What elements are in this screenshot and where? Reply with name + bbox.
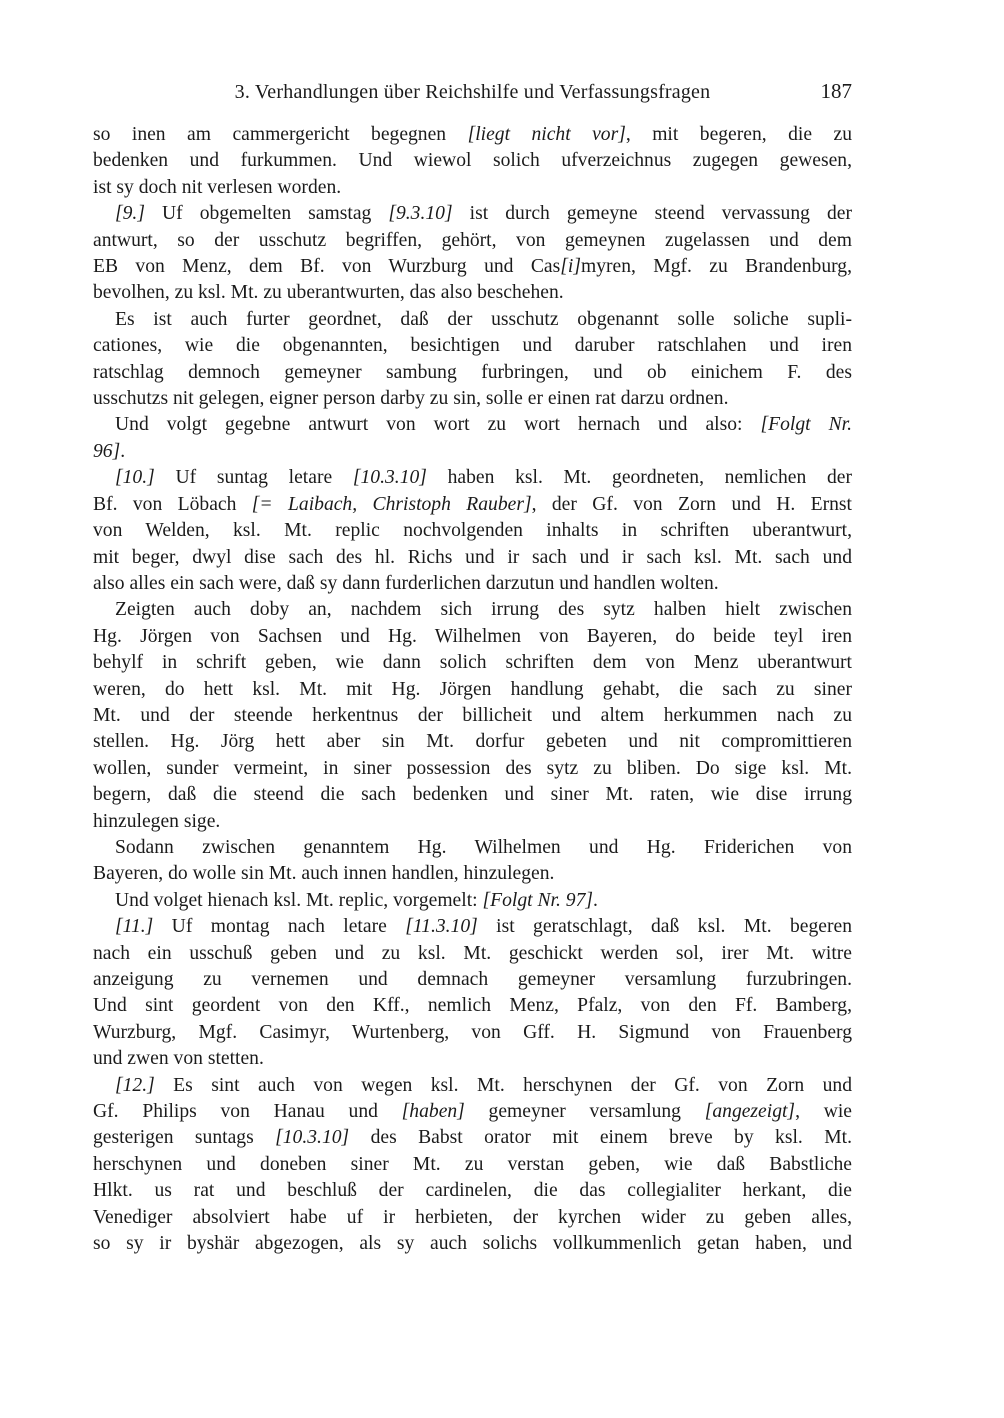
text-line: Mt. und der steende herkentnus der billi… (93, 703, 852, 729)
editorial-insertion: [12.] (115, 1075, 155, 1096)
text-run: haben ksl. Mt. geordneten, nemlichen der (427, 467, 852, 488)
editorial-insertion: [Folgt Nr. (760, 414, 852, 435)
text-line: begern, daß die steend die sach bedenken… (93, 782, 852, 808)
text-line: Sodann zwischen genanntem Hg. Wilhelmen … (93, 835, 852, 861)
editorial-insertion: 96] (93, 441, 120, 462)
text-run: Uf obgemelten samstag (145, 203, 388, 224)
text-line: mit beger, dwyl dise sach des hl. Richs … (93, 545, 852, 571)
text-run: gesterigen suntags (93, 1127, 275, 1148)
text-run: behylf in schrift geben, wie dann solich… (93, 652, 852, 673)
text-line: Hg. Jörgen von Sachsen und Hg. Wilhelmen… (93, 624, 852, 650)
editorial-insertion: [11.3.10] (405, 916, 478, 937)
text-line: ratschlag demnoch gemeyner sambung furbr… (93, 360, 852, 386)
text-line: bedenken und furkummen. Und wiewol solic… (93, 148, 852, 174)
editorial-insertion: [10.] (115, 467, 155, 488)
text-line: herschynen und doneben siner Mt. zu vers… (93, 1152, 852, 1178)
text-run: ist sy doch nit verlesen worden. (93, 177, 341, 198)
text-run: ist durch gemeyne steend vervassung der (453, 203, 852, 224)
text-line: hinzulegen sige. (93, 809, 852, 835)
text-run: Mt. und der steende herkentnus der billi… (93, 705, 852, 726)
editorial-insertion: [10.3.10] (275, 1127, 349, 1148)
text-run: , wie (795, 1101, 852, 1122)
paragraph: [12.] Es sint auch von wegen ksl. Mt. he… (93, 1073, 852, 1258)
text-line: wollen, sunder vermeint, in siner posses… (93, 756, 852, 782)
text-run: Zeigten auch doby an, nachdem sich irrun… (115, 599, 852, 620)
page-number: 187 (821, 79, 853, 103)
text-run: Es sint auch von wegen ksl. Mt. herschyn… (155, 1075, 852, 1096)
text-line: Bayeren, do wolle sin Mt. auch innen han… (93, 861, 852, 887)
text-run: hinzulegen sige. (93, 811, 220, 832)
text-line: [12.] Es sint auch von wegen ksl. Mt. he… (93, 1073, 852, 1099)
text-run: . (593, 890, 598, 911)
text-line: Und sint geordent von den Kff., nemlich … (93, 993, 852, 1019)
text-line: Und volget hienach ksl. Mt. replic, vorg… (93, 888, 852, 914)
text-run: Sodann zwischen genanntem Hg. Wilhelmen … (115, 837, 852, 858)
text-line: cationes, wie die obgenannten, besichtig… (93, 333, 852, 359)
text-run: Gf. Philips von Hanau und (93, 1101, 402, 1122)
text-run: bedenken und furkummen. Und wiewol solic… (93, 150, 852, 171)
text-run: antwurt, so der usschutz begriffen, gehö… (93, 230, 852, 251)
text-run: Und volgt gegebne antwurt von wort zu wo… (115, 414, 760, 435)
paragraph: Sodann zwischen genanntem Hg. Wilhelmen … (93, 835, 852, 888)
text-line: stellen. Hg. Jörg hett aber sin Mt. dorf… (93, 729, 852, 755)
text-line: behylf in schrift geben, wie dann solich… (93, 650, 852, 676)
text-run: nach ein usschuß geben und zu ksl. Mt. g… (93, 943, 852, 964)
text-line: Gf. Philips von Hanau und [haben] gemeyn… (93, 1099, 852, 1125)
editorial-insertion: [liegt nicht vor] (468, 124, 626, 145)
text-run: EB von Menz, dem Bf. von Wurzburg und Ca… (93, 256, 560, 277)
running-header: 3. Verhandlungen über Reichshilfe und Ve… (93, 80, 852, 106)
text-line: 96]. (93, 439, 852, 465)
text-line: so sy ir byshär abgezogen, als sy auch s… (93, 1231, 852, 1257)
text-run: also alles ein sach were, daß sy dann fu… (93, 573, 719, 594)
text-run: begern, daß die steend die sach bedenken… (93, 784, 852, 805)
text-run: Bf. von Löbach (93, 494, 252, 515)
paragraph: Und volgt gegebne antwurt von wort zu wo… (93, 412, 852, 465)
text-run: Und volget hienach ksl. Mt. replic, vorg… (115, 890, 483, 911)
text-line: ist sy doch nit verlesen worden. (93, 175, 852, 201)
text-line: Zeigten auch doby an, nachdem sich irrun… (93, 597, 852, 623)
text-run: weren, do hett ksl. Mt. mit Hg. Jörgen h… (93, 679, 852, 700)
text-run: mit beger, dwyl dise sach des hl. Richs … (93, 547, 852, 568)
text-run: von Welden, ksl. Mt. replic nochvolgende… (93, 520, 852, 541)
paragraph: Und volget hienach ksl. Mt. replic, vorg… (93, 888, 852, 914)
editorial-insertion: [angezeigt] (705, 1101, 795, 1122)
text-run: Uf montag nach letare (153, 916, 405, 937)
editorial-insertion: [haben] (402, 1101, 465, 1122)
text-line: antwurt, so der usschutz begriffen, gehö… (93, 228, 852, 254)
paragraph: so inen am cammergericht begegnen [liegt… (93, 122, 852, 201)
text-line: [9.] Uf obgemelten samstag [9.3.10] ist … (93, 201, 852, 227)
header-title: 3. Verhandlungen über Reichshilfe und Ve… (93, 80, 852, 104)
text-run: . (120, 441, 125, 462)
text-run: so sy ir byshär abgezogen, als sy auch s… (93, 1233, 852, 1254)
text-line: gesterigen suntags [10.3.10] des Babst o… (93, 1125, 852, 1151)
paragraph: [10.] Uf suntag letare [10.3.10] haben k… (93, 465, 852, 597)
text-run: anzeigung zu vernemen und demnach gemeyn… (93, 969, 852, 990)
text-run: myren, Mgf. zu Brandenburg, (581, 256, 852, 277)
paragraph: [11.] Uf montag nach letare [11.3.10] is… (93, 914, 852, 1072)
text-line: also alles ein sach were, daß sy dann fu… (93, 571, 852, 597)
text-line: usschutzs nit gelegen, eigner person dar… (93, 386, 852, 412)
text-line: so inen am cammergericht begegnen [liegt… (93, 122, 852, 148)
text-line: nach ein usschuß geben und zu ksl. Mt. g… (93, 941, 852, 967)
editorial-insertion: [11.] (115, 916, 153, 937)
text-run: wollen, sunder vermeint, in siner posses… (93, 758, 852, 779)
text-line: weren, do hett ksl. Mt. mit Hg. Jörgen h… (93, 677, 852, 703)
text-line: Wurzburg, Mgf. Casimyr, Wurtenberg, von … (93, 1020, 852, 1046)
paragraph: [9.] Uf obgemelten samstag [9.3.10] ist … (93, 201, 852, 307)
text-run: Und sint geordent von den Kff., nemlich … (93, 995, 852, 1016)
text-run: Es ist auch furter geordnet, daß der uss… (115, 309, 852, 330)
paragraph: Zeigten auch doby an, nachdem sich irrun… (93, 597, 852, 835)
text-run: Hlkt. us rat und beschluß der cardinelen… (93, 1180, 852, 1201)
text-run: stellen. Hg. Jörg hett aber sin Mt. dorf… (93, 731, 852, 752)
page-body: so inen am cammergericht begegnen [liegt… (93, 122, 852, 1257)
text-run: ist geratschlagt, daß ksl. Mt. begeren (478, 916, 852, 937)
text-line: und zwen von stetten. (93, 1046, 852, 1072)
editorial-insertion: [= Laibach, Christoph Rauber] (252, 494, 532, 515)
text-run: cationes, wie die obgenannten, besichtig… (93, 335, 852, 356)
text-run: gemeyner versamlung (465, 1101, 705, 1122)
text-run: Hg. Jörgen von Sachsen und Hg. Wilhelmen… (93, 626, 852, 647)
text-run: , der Gf. von Zorn und H. Ernst (532, 494, 852, 515)
text-run: des Babst orator mit einem breve by ksl.… (349, 1127, 852, 1148)
text-run: Uf suntag letare (155, 467, 353, 488)
text-line: Es ist auch furter geordnet, daß der uss… (93, 307, 852, 333)
book-page: 3. Verhandlungen über Reichshilfe und Ve… (0, 0, 1004, 1418)
text-line: anzeigung zu vernemen und demnach gemeyn… (93, 967, 852, 993)
editorial-insertion: [Folgt Nr. 97] (483, 890, 594, 911)
text-line: Hlkt. us rat und beschluß der cardinelen… (93, 1178, 852, 1204)
text-run: , mit begeren, die zu (626, 124, 852, 145)
text-run: Venediger absolviert habe uf ir herbiete… (93, 1207, 852, 1228)
editorial-insertion: [9.3.10] (388, 203, 452, 224)
text-run: Wurzburg, Mgf. Casimyr, Wurtenberg, von … (93, 1022, 852, 1043)
editorial-insertion: [i] (560, 256, 581, 277)
text-line: Bf. von Löbach [= Laibach, Christoph Rau… (93, 492, 852, 518)
text-line: [11.] Uf montag nach letare [11.3.10] is… (93, 914, 852, 940)
editorial-insertion: [9.] (115, 203, 145, 224)
text-run: herschynen und doneben siner Mt. zu vers… (93, 1154, 852, 1175)
text-run: und zwen von stetten. (93, 1048, 264, 1069)
text-run: Bayeren, do wolle sin Mt. auch innen han… (93, 863, 554, 884)
editorial-insertion: [10.3.10] (353, 467, 427, 488)
text-run: ratschlag demnoch gemeyner sambung furbr… (93, 362, 852, 383)
paragraph: Es ist auch furter geordnet, daß der uss… (93, 307, 852, 413)
text-line: [10.] Uf suntag letare [10.3.10] haben k… (93, 465, 852, 491)
text-line: von Welden, ksl. Mt. replic nochvolgende… (93, 518, 852, 544)
text-run: usschutzs nit gelegen, eigner person dar… (93, 388, 729, 409)
text-run: so inen am cammergericht begegnen (93, 124, 468, 145)
text-line: EB von Menz, dem Bf. von Wurzburg und Ca… (93, 254, 852, 280)
text-line: Und volgt gegebne antwurt von wort zu wo… (93, 412, 852, 438)
text-line: bevolhen, zu ksl. Mt. zu uberantwurten, … (93, 280, 852, 306)
text-line: Venediger absolviert habe uf ir herbiete… (93, 1205, 852, 1231)
text-run: bevolhen, zu ksl. Mt. zu uberantwurten, … (93, 282, 564, 303)
